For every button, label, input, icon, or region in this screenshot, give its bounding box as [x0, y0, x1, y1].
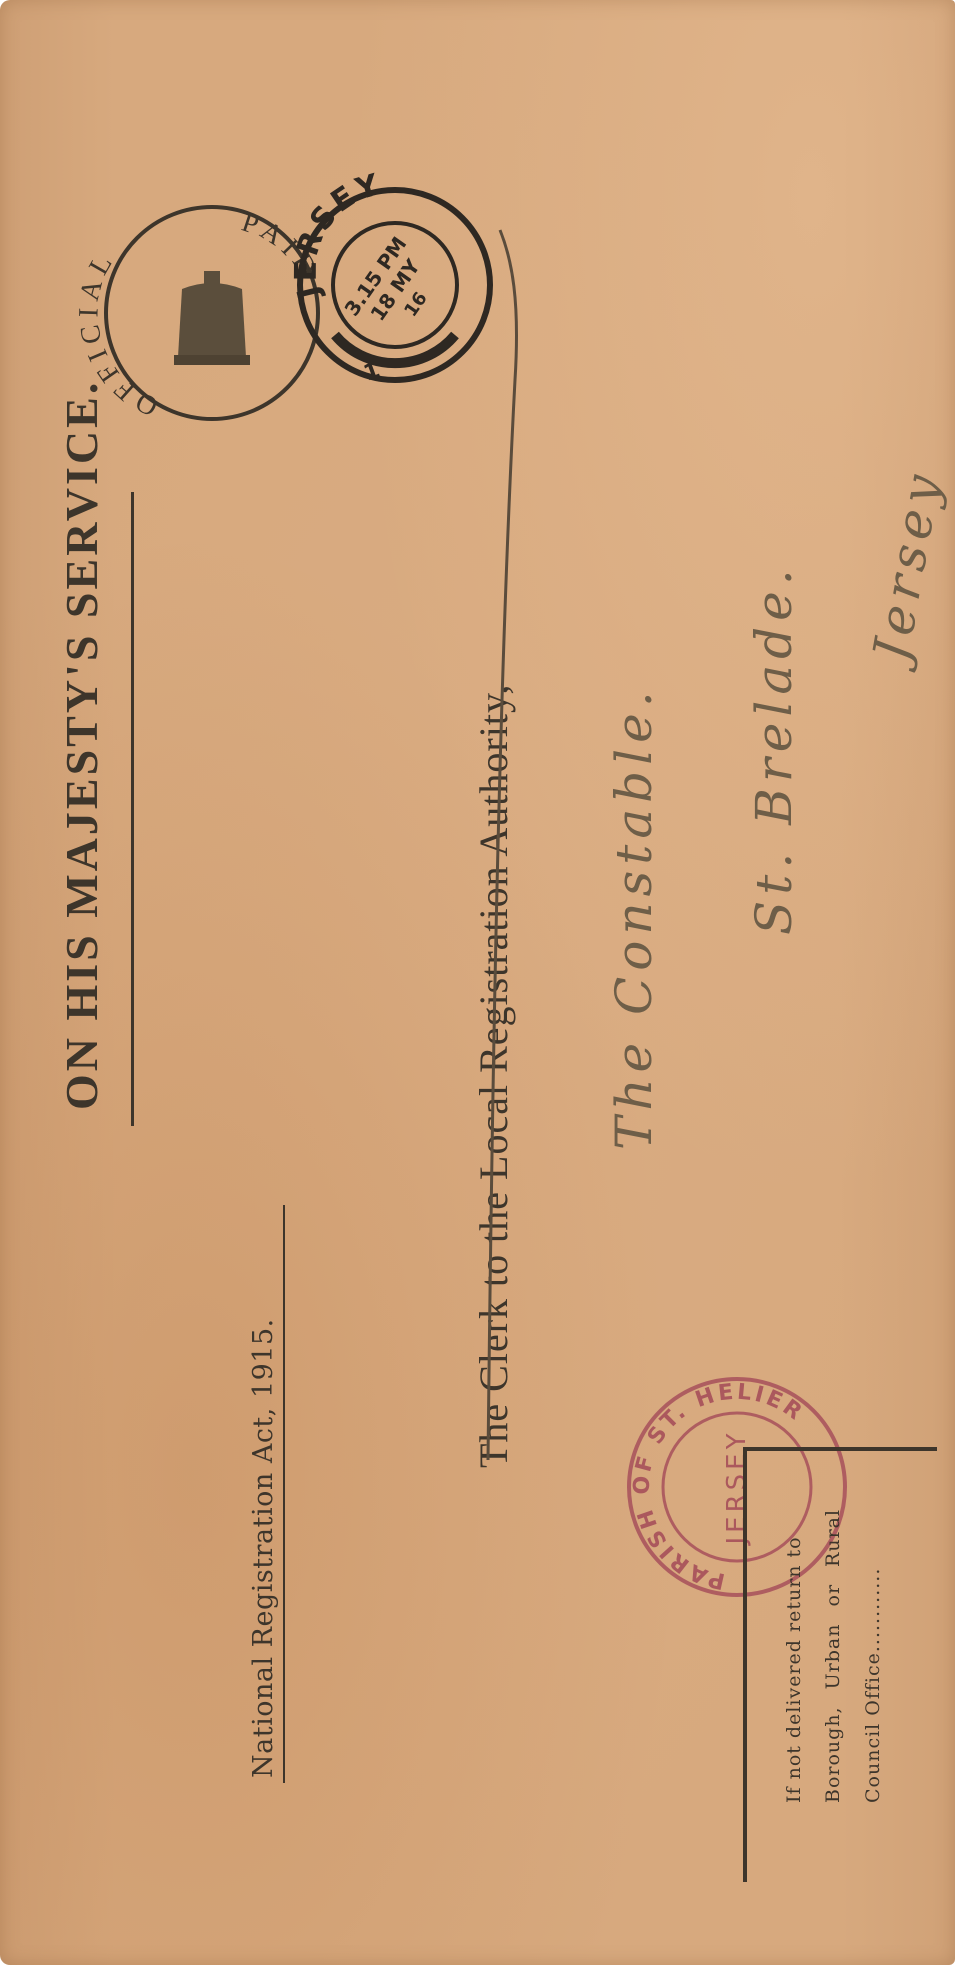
return-box-left-line: [743, 1447, 747, 1882]
return-notice-line-1: If not delivered return to: [783, 1483, 805, 1803]
handwritten-line-1: The Constable.: [605, 680, 663, 1150]
handwritten-line-2: St. Brelade.: [745, 555, 803, 935]
postmark: JERSEY 3.15 PM 18 MY 16 1: [295, 185, 515, 395]
crown-icon: [174, 271, 250, 365]
return-notice-line-3: Council Office............: [862, 1483, 884, 1803]
envelope: ON HIS MAJESTY'S SERVICE. National Regis…: [0, 0, 955, 1965]
return-box-top-line: [745, 1447, 937, 1451]
parish-stamp: PARISH OF ST. HELIER JERSEY: [625, 1375, 855, 1605]
return-notice-line-2: Borough, Urban or Rural: [822, 1483, 844, 1803]
